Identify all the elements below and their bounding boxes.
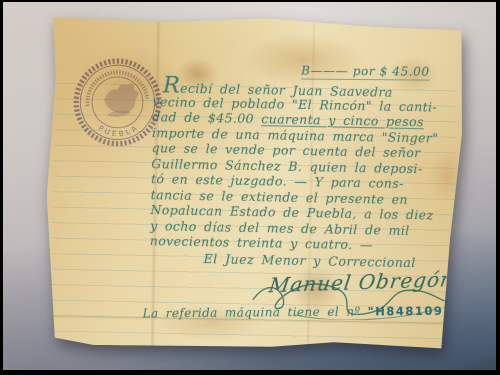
handwritten-body: Recibí del señor Juan Saavedravecino del… — [150, 78, 459, 254]
serial-number: "H848109" - — [368, 304, 466, 319]
machine-serial-footnote: La referida máquina tiene el nº "H848109… — [142, 304, 465, 321]
seal-bottom-text: PUEBLA — [96, 119, 142, 141]
handwritten-text-segment: dad de $45.00 — [152, 109, 261, 126]
amount-note: B——— por $ 45.00 — [301, 64, 430, 81]
receipt-paper: PUEBLA B——— por $ 45.00 Recibí del señor… — [44, 14, 464, 352]
footnote-text: La referida máquina tiene el nº — [142, 304, 367, 320]
paper-wrapper: PUEBLA B——— por $ 45.00 Recibí del señor… — [3, 2, 496, 370]
photograph-background: PUEBLA B——— por $ 45.00 Recibí del señor… — [3, 2, 496, 370]
